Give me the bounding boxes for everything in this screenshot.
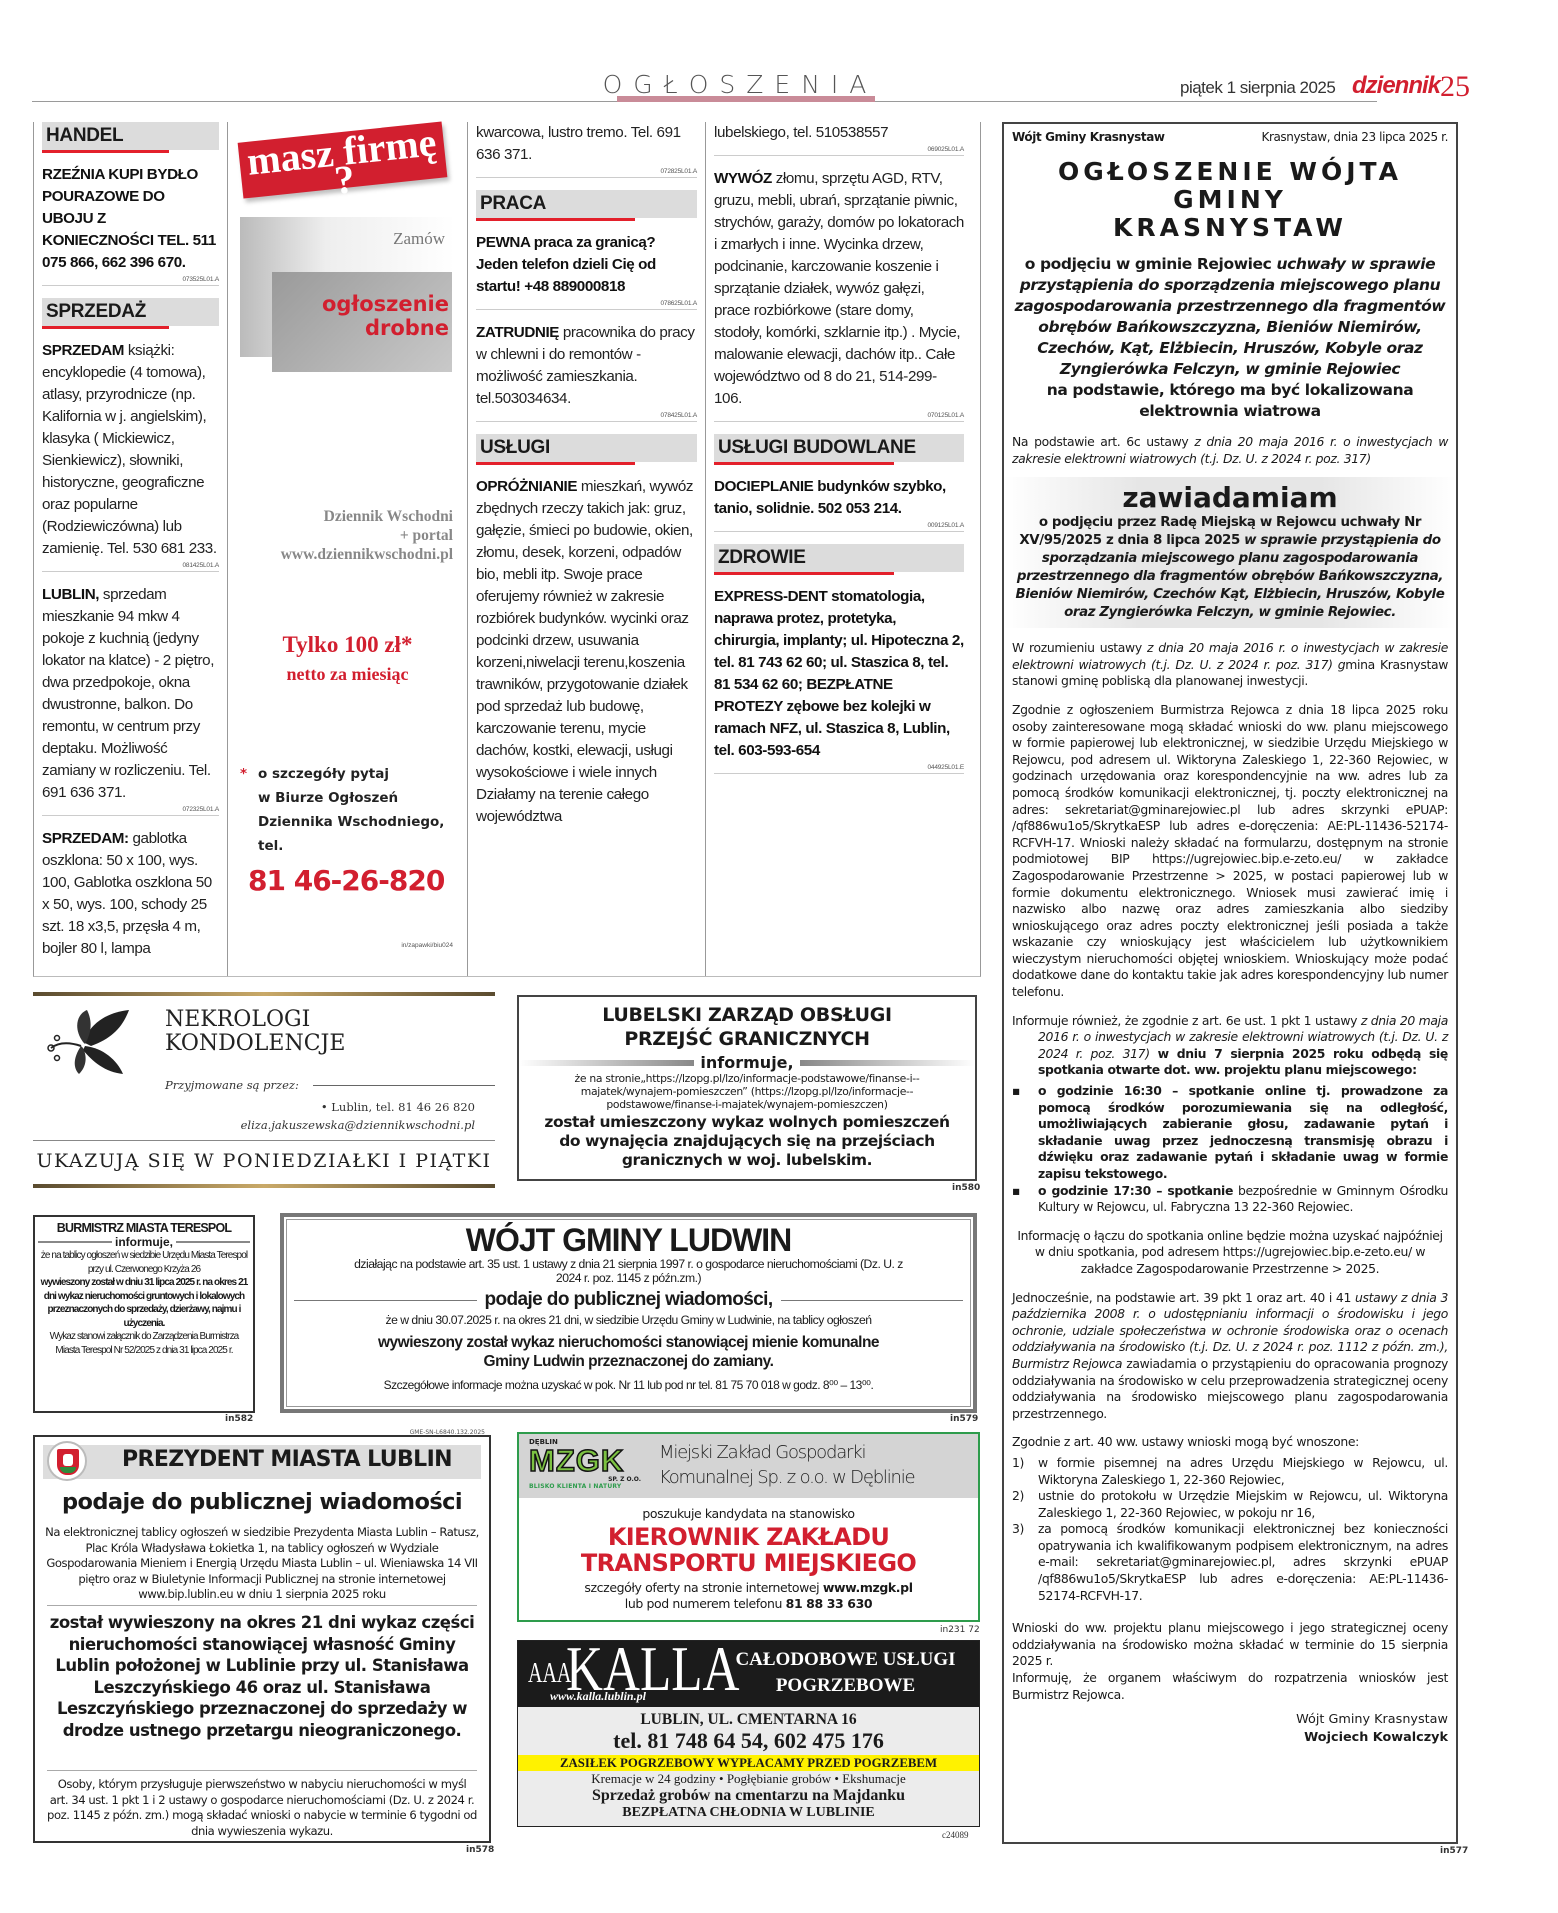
notice-paragraph-3: Informuje również, że zgodnie z art. 6e … [1012,1013,1448,1079]
job-details: szczegóły oferty na stronie internetowej… [519,1580,978,1612]
promo-card-text: ogłoszenie drobne [322,292,449,340]
classified-ad: SPRZEDAM: gablotka oszklona: 50 x 100, w… [42,828,219,960]
ad-code: 078425L01.A [476,410,697,422]
classified-ad: PEWNA praca za granicą? Jeden telefon dz… [476,232,697,298]
lublin-mayor-notice: GME-SN-L6840.132.2025 PREZYDENT MIASTA L… [33,1435,491,1843]
ad-code: in231 72 [940,1625,980,1635]
gold-rule [33,992,495,996]
ad-code: 078625L01.A [476,298,697,310]
classified-ad: lubelskiego, tel. 510538557 [714,122,964,144]
classified-ad: DOCIEPLANIE budynków szybko, tanio, soli… [714,476,964,520]
category-header: SPRZEDAŻ [42,298,219,326]
notice-paragraph-7: Wnioski do ww. projektu planu miejscoweg… [1012,1620,1448,1670]
category-header: USŁUGI BUDOWLANE [714,434,964,462]
meeting-online: ▪o godzinie 16:30 – spotkanie online tj.… [1012,1083,1448,1183]
notice-title: OGŁOSZENIE WÓJTA GMINY KRASNYSTAW [1012,158,1448,242]
classified-ad: SPRZEDAM książki: encyklopedie (4 tomowa… [42,340,219,560]
notice-paragraph-2: Zgodnie z ogłoszeniem Burmistrza Rejowca… [1012,702,1448,1001]
submission-method-item: 2)ustnie do protokołu w Urzędzie Miejski… [1012,1488,1448,1521]
notice-legal-basis: Na podstawie art. 6c ustawy z dnia 20 ma… [1012,434,1448,467]
promo-website-link[interactable]: www.dziennikwschodni.pl [281,545,453,564]
leaf-ornament-icon [43,1008,133,1076]
notice-place-date: Krasnystaw, dnia 23 lipca 2025 r. [1261,130,1448,144]
ad-code: 069025L01.A [714,144,964,156]
obituaries-schedule: UKAZUJĄ SIĘ W PONIEDZIAŁKI I PIĄTKI [33,1150,495,1172]
allowance-banner: ZASIŁEK POGRZEBOWY WYPŁACAMY PRZED POGRZ… [518,1755,979,1771]
obituaries-box: NEKROLOGI KONDOLENCJE Przyjmowane są prz… [33,992,495,1190]
promo-code: in/zapawki/biu024 [401,942,453,949]
ad-code: in579 [950,1414,978,1424]
classifieds-column-4: lubelskiego, tel. 510538557069025L01.AWY… [706,122,982,976]
kalla-website-link[interactable]: www.kalla.lublin.pl [550,1689,646,1704]
notice-paragraph-6: Zgodnie z art. 40 ww. ustawy wnioski mog… [1012,1434,1448,1451]
promo-order: Zamów [393,229,445,249]
bullet-icon: ▪ [1012,1083,1020,1100]
notice-paragraph-1: W rozumieniu ustawy z dnia 20 maja 2016 … [1012,640,1448,690]
notice-author: Wójt Gminy Krasnystaw [1012,130,1165,144]
notice-signature: Wójt Gminy Krasnystaw Wojciech Kowalczyk [1012,1711,1448,1747]
mzgk-job-ad: DĘBLIN MZGK SP. Z O.O. BLISKO KLIENTA I … [517,1432,980,1622]
ad-code: 044925L01.E [714,762,964,774]
gold-rule [33,1184,495,1188]
promo-ad: masz firmę ? Zamów ogłoszenie drobne Dzi… [228,122,468,976]
case-number: GME-SN-L6840.132.2025 [410,1429,485,1436]
ad-code: 081425L01.A [42,560,219,572]
kalla-funeral-ad: AAA KALLA www.kalla.lublin.pl CAŁODOBOWE… [517,1640,980,1827]
promo-price: Tylko 100 zł* netto za miesiąc [228,632,467,685]
newspaper-logo: dziennik [1352,72,1440,100]
ludwin-notice: WÓJT GMINY LUDWIN działając na podstawie… [280,1213,977,1413]
classified-ad: RZEŹNIA KUPI BYDŁO POURAZOWE DO UBOJU Z … [42,164,219,274]
promo-brand: Dziennik Wschodni + portal www.dziennikw… [281,507,453,564]
ad-code: in580 [952,1183,980,1193]
ad-code: 072325L01.A [42,804,219,816]
obituaries-title: NEKROLOGI KONDOLENCJE [165,1008,345,1056]
category-header: PRACA [476,190,697,218]
category-header: HANDEL [42,122,219,150]
job-title: KIEROWNIK ZAKŁADU TRANSPORTU MIEJSKIEGO [519,1524,978,1576]
mzgk-phone: 81 88 33 630 [786,1596,873,1611]
obituaries-email[interactable]: eliza.jakuszewska@dziennikwschodni.pl [241,1118,475,1132]
ad-code: 072825L01.A [476,166,697,178]
ad-code [476,828,697,832]
meeting-in-person: ▪o godzinie 17:30 – spotkanie bezpośredn… [1012,1183,1448,1216]
classifieds-section: HANDELRZEŹNIA KUPI BYDŁO POURAZOWE DO UB… [33,122,981,977]
obituaries-phone: • Lublin, tel. 81 46 26 820 [321,1100,475,1114]
ad-code: in582 [225,1414,253,1424]
category-header: ZDROWIE [714,544,964,572]
ad-code: 009125L01.A [714,520,964,532]
classifieds-column-3: kwarcowa, lustro tremo. Tel. 691 636 371… [468,122,706,976]
notice-subject: o podjęciu w gminie Rejowiec uchwały w s… [1012,254,1448,422]
submission-method-item: 1)w formie pisemnej na adres Urzędu Miej… [1012,1455,1448,1488]
ad-code: 073525L01.A [42,274,219,286]
page-number: 25 [1440,70,1470,104]
notice-paragraph-5: Jednocześnie, na podstawie art. 39 pkt 1… [1012,1290,1448,1423]
hand-card-image: Zamów ogłoszenie drobne [240,217,455,357]
ad-code: in578 [466,1845,494,1855]
submission-methods: 1)w formie pisemnej na adres Urzędu Miej… [1012,1455,1448,1604]
promo-info: * o szczegóły pytaj w Biurze Ogłoszeń Dz… [242,762,444,858]
issue-date: piątek 1 sierpnia 2025 [1180,78,1335,98]
asterisk-icon: * [240,762,247,786]
category-header: USŁUGI [476,434,697,462]
promo-phone[interactable]: 81 46-26-820 [248,864,444,897]
classified-ad: ZATRUDNIĘ pracownika do pracy w chlewni … [476,322,697,410]
promo-headline: masz firmę ? [238,121,448,198]
terespol-notice: BURMISTRZ MIASTA TERESPOL informuje, że … [33,1215,255,1413]
classified-ad: LUBLIN, sprzedam mieszkanie 94 mkw 4 pok… [42,584,219,804]
company-name: Miejski Zakład Gospodarki Komunalnej Sp.… [659,1440,972,1490]
ad-code: in577 [1440,1846,1468,1856]
section-title: OGŁOSZENIA [600,70,880,99]
bullet-icon: ▪ [1012,1183,1020,1200]
classifieds-column-1: HANDELRZEŹNIA KUPI BYDŁO POURAZOWE DO UB… [34,122,228,976]
lzopg-url[interactable]: że na stronie„https://lzopg.pl/lzo/infor… [519,1072,975,1111]
zawiadamiam-block: zawiadamiam o podjęciu przez Radę Miejsk… [1004,477,1456,628]
classified-ad: kwarcowa, lustro tremo. Tel. 691 636 371… [476,122,697,166]
notice-paragraph-8: Informuję, że organem właściwym do rozpa… [1012,1670,1448,1703]
meeting-list: ▪o godzinie 16:30 – spotkanie online tj.… [1012,1083,1448,1216]
lublin-crest-icon [47,1441,87,1481]
mzgk-logo: DĘBLIN MZGK SP. Z O.O. BLISKO KLIENTA I … [529,1438,641,1494]
ad-code [42,960,219,964]
classified-ad: EXPRESS-DENT stomatologia, naprawa prote… [714,586,964,762]
ad-code: 070125L01.A [714,410,964,422]
mzgk-website-link[interactable]: www.mzgk.pl [823,1580,913,1595]
submission-method-item: 3)za pomocą środków komunikacji elektron… [1012,1521,1448,1604]
classified-ad: WYWÓZ złomu, sprzętu AGD, RTV, gruzu, me… [714,168,964,410]
classified-ad: OPRÓŻNIANIE mieszkań, wywóz zbędnych rze… [476,476,697,828]
krasnystaw-notice: Wójt Gminy Krasnystaw Krasnystaw, dnia 2… [1002,122,1458,1844]
notice-paragraph-4: Informację o łączu do spotkania online b… [1012,1228,1448,1278]
ad-code: c24089 [942,1830,969,1840]
lzopg-notice: LUBELSKI ZARZĄD OBSŁUGI PRZEJŚĆ GRANICZN… [517,995,977,1181]
